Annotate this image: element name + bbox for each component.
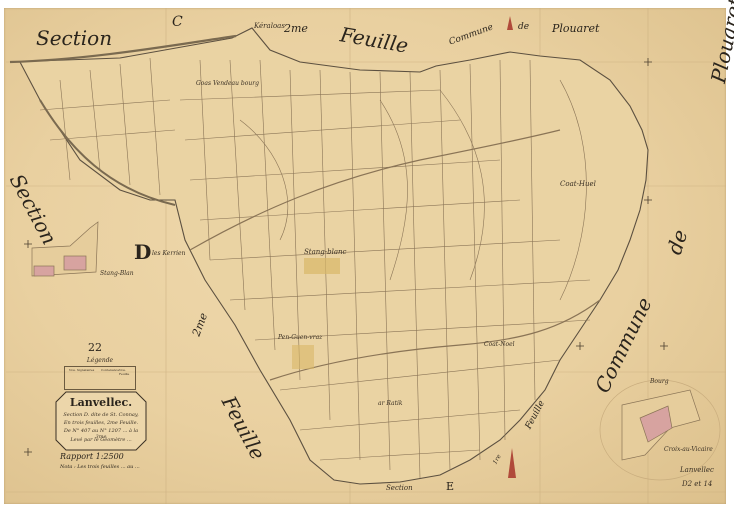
north-arrow-icon <box>508 448 516 478</box>
label-feuille-top-number: 2me <box>284 22 308 35</box>
label-de-top: de <box>518 22 529 32</box>
legend: Légende Nos. Signataires Contenance Nos.… <box>64 357 136 390</box>
label-coat-noel: Coat-Noel <box>484 341 515 348</box>
sheet-number: 22 <box>88 341 102 354</box>
legend-col: Nos. Feuille <box>119 368 135 376</box>
label-stang-blan-inset: Stang-Blan <box>100 270 134 277</box>
cartouche-note: Nota : Les trois feuilles ... au ... <box>60 464 140 470</box>
legend-table: Nos. Signataires Contenance Nos. Feuille <box>64 366 136 390</box>
cartouche-line2: En trois feuilles, 2me Feuille. <box>58 420 144 426</box>
label-pen-guen-vraz: Pen-Guen-vraz <box>278 334 322 341</box>
inset-bourg <box>600 380 720 480</box>
inset-sheet-ref: D2 et 14 <box>682 480 712 488</box>
label-keraloas: Kéraloas <box>254 22 285 30</box>
scale-label: Rapport 1:2500 <box>60 452 124 461</box>
label-section-letter-d: D <box>134 240 151 264</box>
legend-title: Légende <box>64 357 136 364</box>
inset-commune-label: Lanvellec <box>680 466 714 474</box>
label-coat-huel: Coat-Huel <box>560 180 596 188</box>
label-bourg-inset: Bourg <box>650 378 669 385</box>
label-section-bottom: Section <box>386 484 413 492</box>
label-croix-au-vicaire: Croix-au-Vicaire <box>664 446 713 453</box>
cartouche-line1: Section D. dite de St. Connay, <box>58 412 144 418</box>
north-arrow-icon <box>507 16 513 30</box>
yellow-parcel <box>292 345 314 369</box>
label-section-top: Section <box>36 26 112 50</box>
legend-col: Contenance <box>101 368 119 372</box>
cartouche: Lanvellec. Section D. dite de St. Connay… <box>58 392 144 446</box>
legend-col: Nos. Signataires <box>69 368 94 372</box>
label-stang-blanc: Stang-blanc <box>304 248 346 256</box>
label-vendeau-bourg: Goas Vendeau bourg <box>196 80 259 87</box>
yellow-parcel <box>304 258 340 274</box>
label-ar-ratik: ar Ratik <box>378 400 403 407</box>
label-les-kerrien: les Kerrien <box>152 250 185 257</box>
cartouche-title: Lanvellec. <box>58 396 144 409</box>
cartouche-line4: Levé par le Géomètre ... <box>58 437 144 443</box>
label-plouaret-top: Plouaret <box>552 22 599 35</box>
label-section-letter-e: E <box>446 480 454 493</box>
label-section-letter-c: C <box>172 14 183 30</box>
